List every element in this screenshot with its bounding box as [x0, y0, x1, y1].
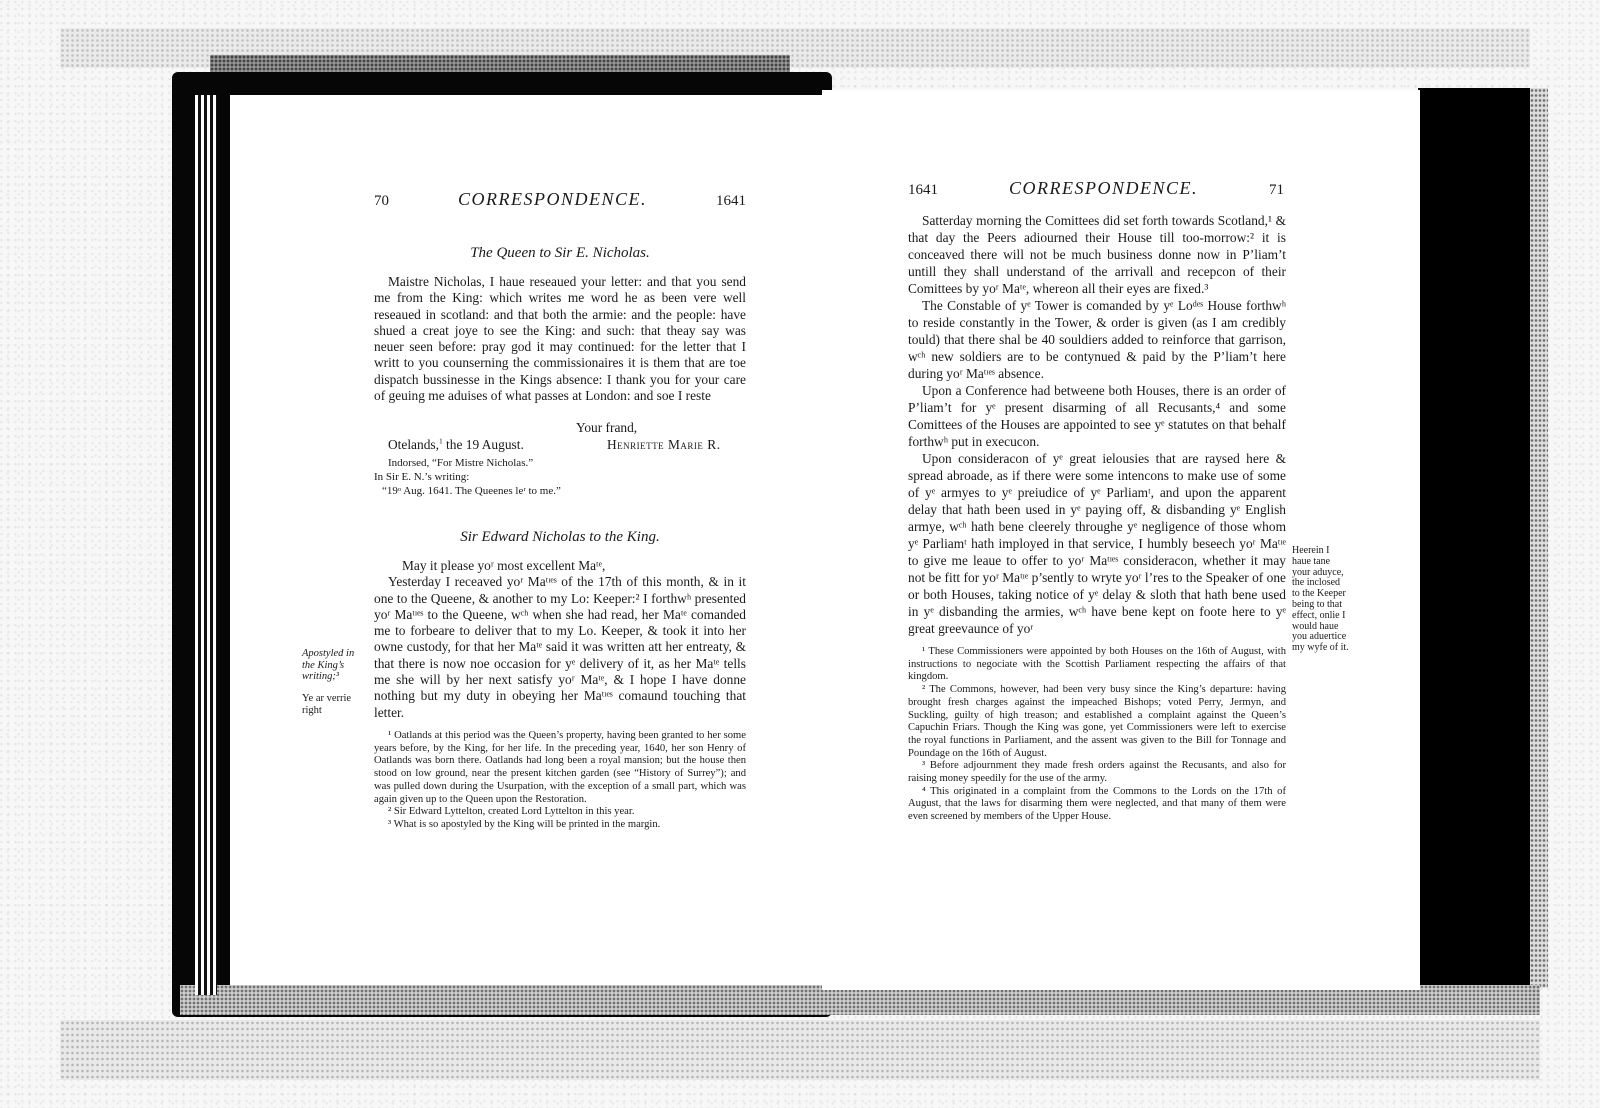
letter-paragraph: Maistre Nicholas, I haue reseaued your l…: [374, 274, 746, 404]
footnotes: ¹ Oatlands at this period was the Queen’…: [374, 730, 746, 832]
place: Otelands,: [388, 437, 439, 452]
running-year: 1641: [908, 182, 938, 199]
book-cover-right: [1418, 88, 1533, 988]
book-cover-right-edge: [1530, 88, 1548, 988]
letter-heading: Sir Edward Nicholas to the King.: [374, 529, 746, 546]
signature: Henriette Marie R.: [607, 437, 721, 453]
footnote: ² The Commons, however, had been very bu…: [908, 684, 1286, 760]
scan-noise-bottom: [60, 1020, 1540, 1080]
footnote: ¹ These Commissioners were appointed by …: [908, 646, 1286, 684]
margin-note-apostyle: Apostyled in the King’s writing;³: [302, 648, 368, 683]
running-title: CORRESPONDENCE.: [1009, 178, 1198, 199]
page-number: 71: [1269, 182, 1284, 199]
margin-note-king: Heerein I haue tane your aduyce, the inc…: [1292, 546, 1350, 654]
footnote: ³ What is so apostyled by the King will …: [374, 819, 746, 832]
footnote: ² Sir Edward Lyttelton, created Lord Lyt…: [374, 806, 746, 819]
running-head-left: 70 CORRESPONDENCE. 1641: [374, 189, 746, 210]
letter-body: Maistre Nicholas, I haue reseaued your l…: [374, 274, 746, 404]
right-page: 1641 CORRESPONDENCE. 71 Satterday mornin…: [822, 90, 1420, 990]
footnote: ⁴ This originated in a complaint from th…: [908, 786, 1286, 824]
footnote: ¹ Oatlands at this period was the Queen’…: [374, 730, 746, 806]
letter-paragraph: Satterday morning the Comittees did set …: [908, 212, 1286, 297]
letter-heading: The Queen to Sir E. Nicholas.: [374, 245, 746, 262]
closing: Your frand,: [576, 420, 637, 436]
running-title: CORRESPONDENCE.: [458, 189, 647, 210]
letter-paragraph: Upon a Conference had betweene both Hous…: [908, 382, 1286, 450]
running-head-right: 1641 CORRESPONDENCE. 71: [908, 178, 1284, 199]
writing-text: “19ᵒ Aug. 1641. The Queenes leʳ to me.”: [382, 485, 561, 498]
page-number: 70: [374, 193, 389, 210]
footnote: ³ Before adjournment they made fresh ord…: [908, 760, 1286, 785]
date: the 19 August.: [443, 437, 524, 452]
letter-body: Satterday morning the Comittees did set …: [908, 212, 1286, 637]
letter-body: May it please yoʳ most excellent Maᵗᵉ, Y…: [374, 558, 746, 721]
dateline: Otelands,1 the 19 August.: [388, 437, 524, 453]
margin-note-king: Ye ar verrie right: [302, 693, 368, 716]
endorsement: Indorsed, “For Mistre Nicholas.”: [388, 457, 533, 470]
running-year: 1641: [716, 193, 746, 210]
letter-paragraph: The Constable of yᵉ Tower is comanded by…: [908, 297, 1286, 382]
salutation: May it please yoʳ most excellent Maᵗᵉ,: [374, 558, 746, 574]
letter-paragraph: Yesterday I receaved yoʳ Maᵗᶦᵉˢ of the 1…: [374, 574, 746, 721]
footnotes: ¹ These Commissioners were appointed by …: [908, 646, 1286, 824]
left-page: 70 CORRESPONDENCE. 1641 The Queen to Sir…: [230, 95, 824, 985]
page-edges-left: [195, 95, 217, 995]
writing-label: In Sir E. N.’s writing:: [374, 471, 469, 484]
letter-paragraph: Upon consideracon of yᵉ great ielousies …: [908, 450, 1286, 637]
